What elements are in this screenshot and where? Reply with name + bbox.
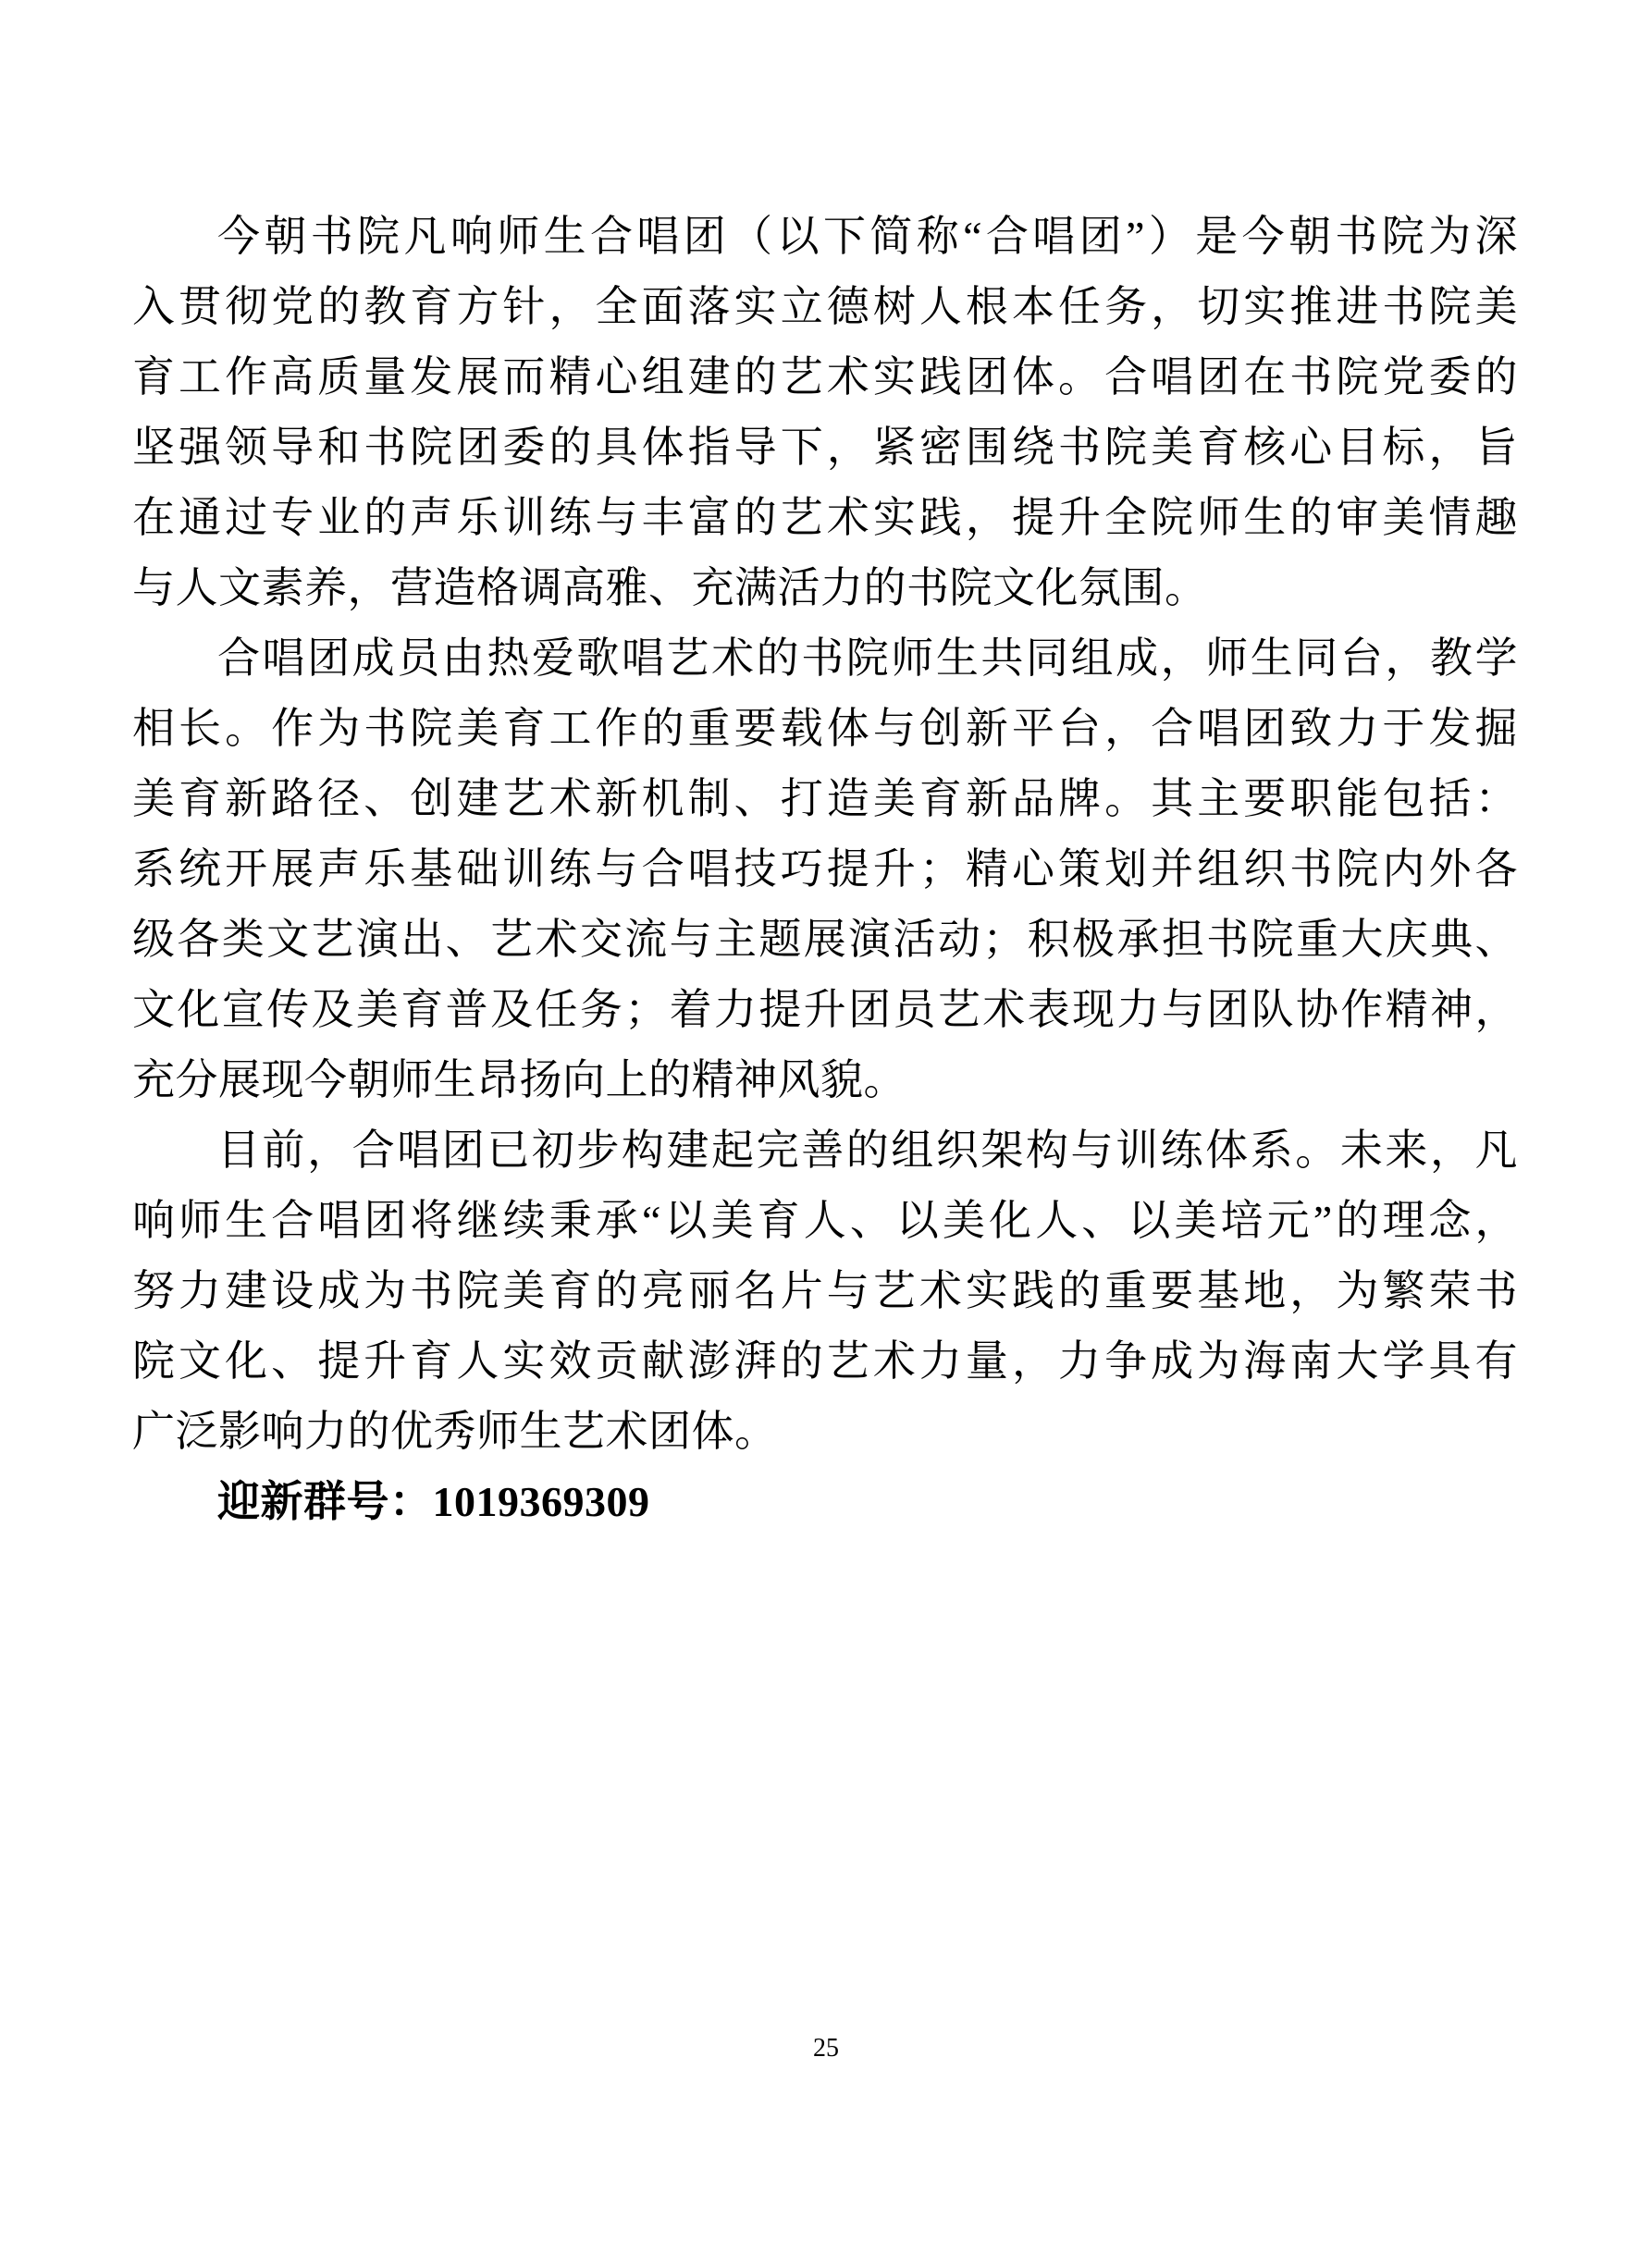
text-line: 育工作高质量发展而精心组建的艺术实践团体。合唱团在书院党委的: [132, 342, 1518, 413]
page-number: 25: [0, 2033, 1652, 2064]
document-page: 今朝书院凡响师生合唱团（以下简称“合唱团”）是今朝书院为深入贯彻党的教育方针，全…: [0, 0, 1652, 2242]
text-line: 合唱团成员由热爱歌唱艺术的书院师生共同组成，师生同台，教学: [132, 623, 1518, 694]
text-line: 充分展现今朝师生昂扬向上的精神风貌。: [132, 1045, 1518, 1115]
text-line: 文化宣传及美育普及任务；着力提升团员艺术表现力与团队协作精神，: [132, 975, 1518, 1045]
text-line: 系统开展声乐基础训练与合唱技巧提升；精心策划并组织书院内外各: [132, 834, 1518, 905]
text-line: 目前，合唱团已初步构建起完善的组织架构与训练体系。未来，凡: [132, 1115, 1518, 1186]
paragraph: 今朝书院凡响师生合唱团（以下简称“合唱团”）是今朝书院为深入贯彻党的教育方针，全…: [132, 202, 1518, 623]
text-line: 今朝书院凡响师生合唱团（以下简称“合唱团”）是今朝书院为深: [132, 202, 1518, 272]
text-line: 入贯彻党的教育方针，全面落实立德树人根本任务，切实推进书院美: [132, 272, 1518, 342]
text-line: 迎新群号：1019369309: [132, 1467, 1518, 1537]
paragraph: 目前，合唱团已初步构建起完善的组织架构与训练体系。未来，凡响师生合唱团将继续秉承…: [132, 1115, 1518, 1467]
body-text: 今朝书院凡响师生合唱团（以下简称“合唱团”）是今朝书院为深入贯彻党的教育方针，全…: [132, 202, 1518, 1537]
text-line: 与人文素养，营造格调高雅、充满活力的书院文化氛围。: [132, 553, 1518, 623]
text-line: 广泛影响力的优秀师生艺术团体。: [132, 1397, 1518, 1467]
text-line: 响师生合唱团将继续秉承“以美育人、以美化人、以美培元”的理念，: [132, 1186, 1518, 1256]
paragraph: 迎新群号：1019369309: [132, 1467, 1518, 1537]
paragraph: 合唱团成员由热爱歌唱艺术的书院师生共同组成，师生同台，教学相长。作为书院美育工作…: [132, 623, 1518, 1115]
text-line: 努力建设成为书院美育的亮丽名片与艺术实践的重要基地，为繁荣书: [132, 1256, 1518, 1326]
text-line: 在通过专业的声乐训练与丰富的艺术实践，提升全院师生的审美情趣: [132, 483, 1518, 553]
text-line: 坚强领导和书院团委的具体指导下，紧密围绕书院美育核心目标，旨: [132, 413, 1518, 483]
text-line: 级各类文艺演出、艺术交流与主题展演活动；积极承担书院重大庆典、: [132, 905, 1518, 975]
text-line: 相长。作为书院美育工作的重要载体与创新平台，合唱团致力于发掘: [132, 694, 1518, 764]
text-line: 院文化、提升育人实效贡献澎湃的艺术力量，力争成为海南大学具有: [132, 1326, 1518, 1397]
text-line: 美育新路径、创建艺术新机制、打造美育新品牌。其主要职能包括：: [132, 764, 1518, 834]
